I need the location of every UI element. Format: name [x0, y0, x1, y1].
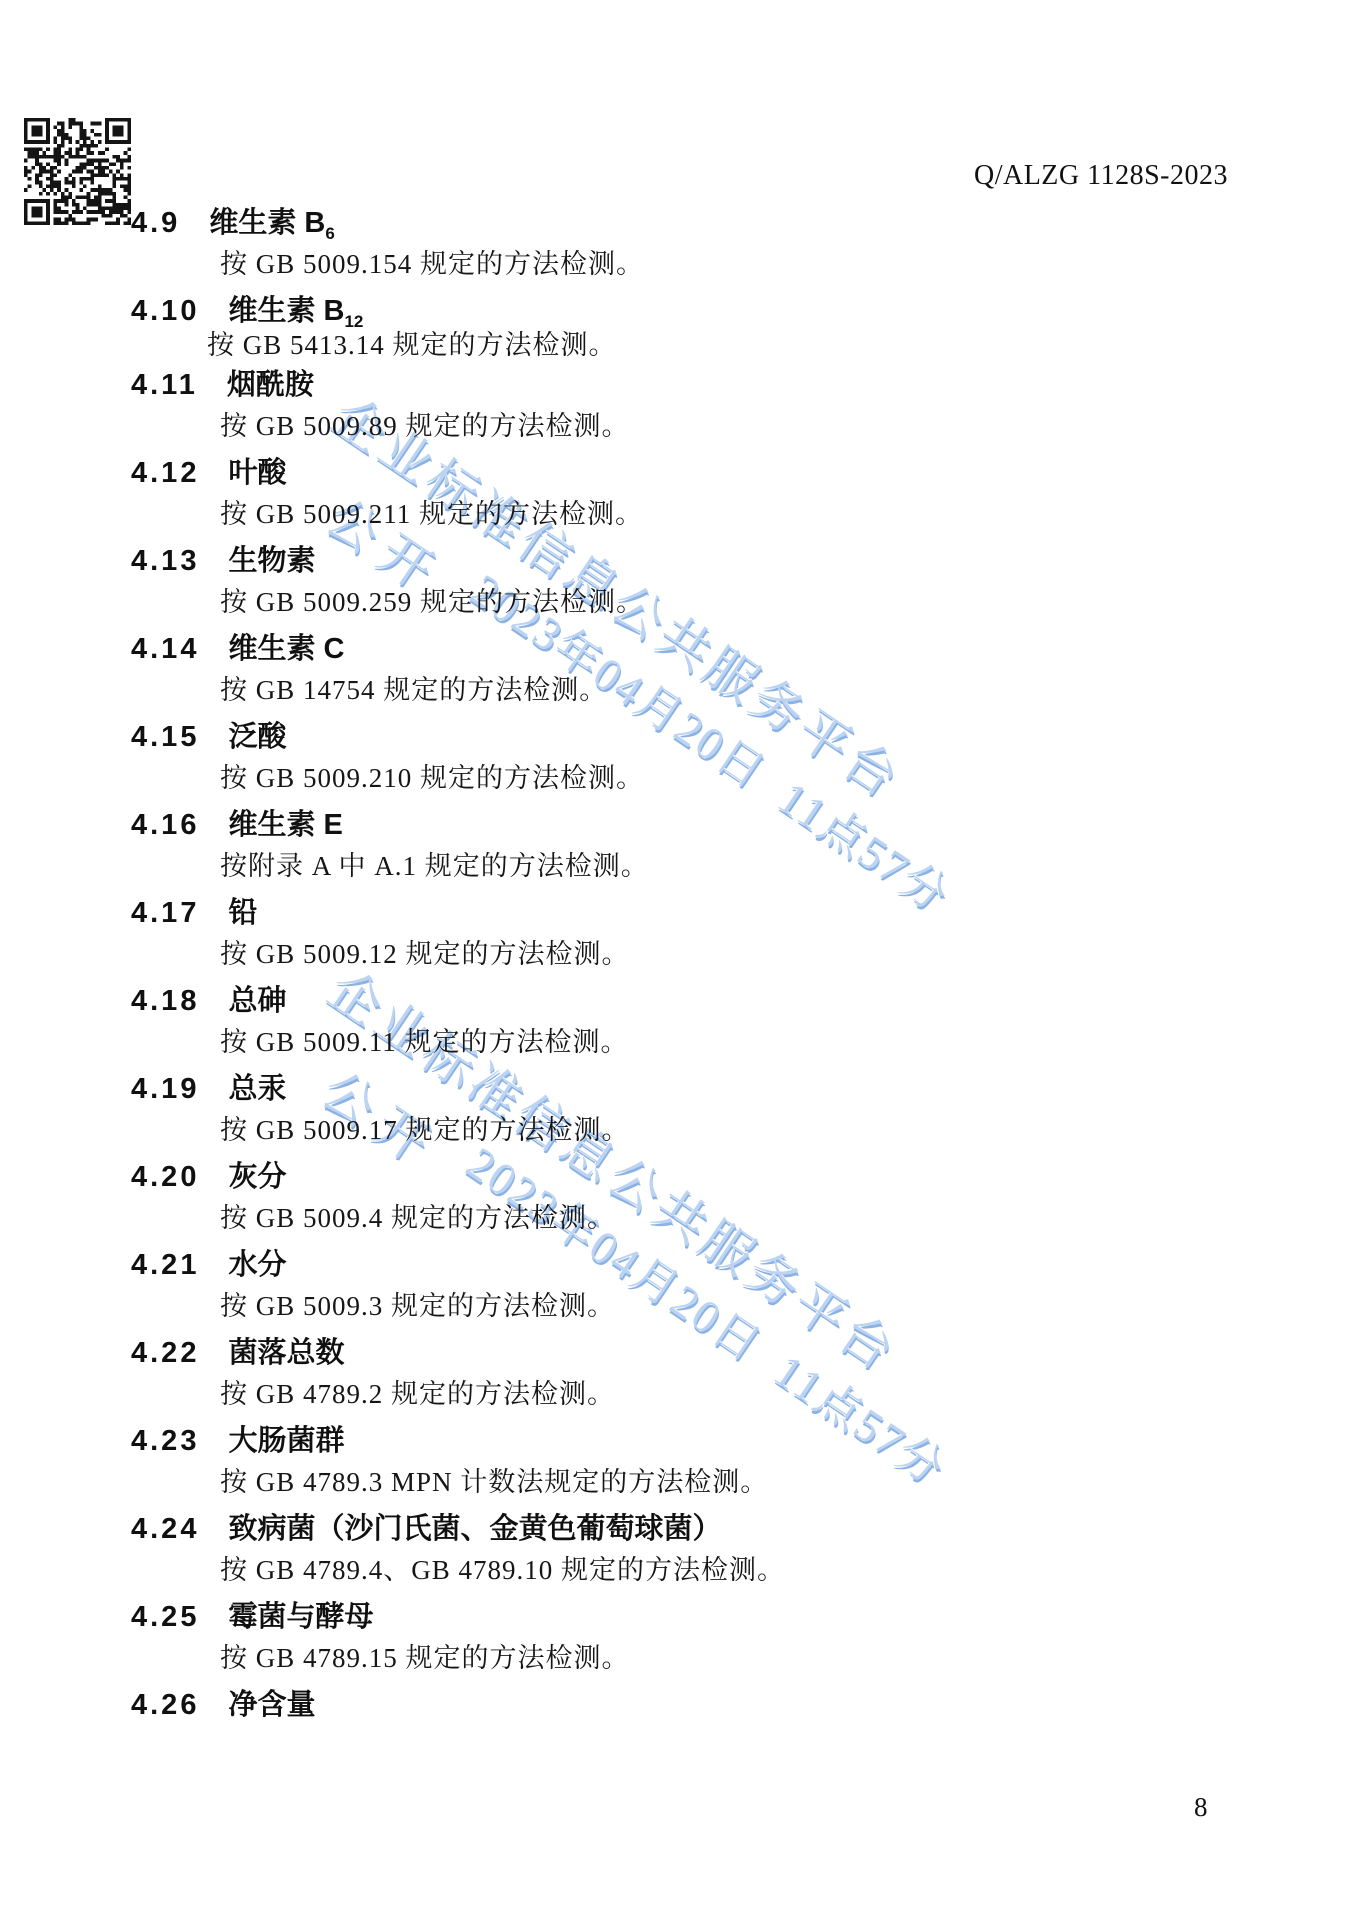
standard-section: 4.24致病菌（沙门氏菌、金黄色葡萄球菌） 按 GB 4789.4、GB 478…: [0, 1513, 1358, 1601]
section-number: 4.15: [131, 721, 199, 753]
section-heading: 4.21水分: [0, 1249, 1358, 1291]
section-title: 烟酰胺: [227, 369, 314, 401]
section-title: 致病菌（沙门氏菌、金黄色葡萄球菌）: [228, 1513, 721, 1545]
section-number: 4.10: [131, 295, 199, 327]
section-heading: 4.16维生素 E: [0, 809, 1358, 851]
qr-code-icon: [24, 118, 131, 225]
standard-section: 4.10维生素 B12 按 GB 5413.14 规定的方法检测。: [0, 295, 1358, 369]
section-title: 维生素 E: [228, 809, 342, 841]
standard-section: 4.23大肠菌群 按 GB 4789.3 MPN 计数法规定的方法检测。: [0, 1425, 1358, 1513]
sections: 4.9维生素 B6 按 GB 5009.154 规定的方法检测。 4.10维生素…: [0, 207, 1358, 1777]
section-body-text: 按 GB 4789.3 MPN 计数法规定的方法检测。: [0, 1467, 1358, 1497]
section-title: 铅: [228, 897, 257, 929]
section-title: 霉菌与酵母: [228, 1601, 373, 1633]
section-title: 生物素: [228, 545, 315, 577]
section-title: 维生素 B: [209, 207, 325, 239]
section-body-text: 按 GB 5009.210 规定的方法检测。: [0, 763, 1358, 793]
section-heading: 4.25霉菌与酵母: [0, 1601, 1358, 1643]
section-number: 4.17: [131, 897, 199, 929]
standard-section: 4.9维生素 B6 按 GB 5009.154 规定的方法检测。: [0, 207, 1358, 295]
section-number: 4.23: [131, 1425, 199, 1457]
standard-section: 4.25霉菌与酵母 按 GB 4789.15 规定的方法检测。: [0, 1601, 1358, 1689]
standard-section: 4.13生物素 按 GB 5009.259 规定的方法检测。: [0, 545, 1358, 633]
section-body-text: 按附录 A 中 A.1 规定的方法检测。: [0, 851, 1358, 881]
section-number: 4.13: [131, 545, 199, 577]
section-heading: 4.9维生素 B6: [0, 207, 1358, 249]
standard-section: 4.19总汞 按 GB 5009.17 规定的方法检测。: [0, 1073, 1358, 1161]
section-body-text: 按 GB 5009.211 规定的方法检测。: [0, 499, 1358, 529]
section-title: 总砷: [228, 985, 286, 1017]
section-number: 4.9: [131, 207, 180, 239]
page-number: 8: [1194, 1792, 1208, 1823]
standard-section: 4.16维生素 E 按附录 A 中 A.1 规定的方法检测。: [0, 809, 1358, 897]
section-body-text: 按 GB 5009.11 规定的方法检测。: [0, 1027, 1358, 1057]
section-title: 泛酸: [228, 721, 286, 753]
standard-section: 4.18总砷 按 GB 5009.11 规定的方法检测。: [0, 985, 1358, 1073]
standard-section: 4.15泛酸 按 GB 5009.210 规定的方法检测。: [0, 721, 1358, 809]
section-body-text: 按 GB 14754 规定的方法检测。: [0, 675, 1358, 705]
section-title: 菌落总数: [228, 1337, 344, 1369]
standard-section: 4.14维生素 C 按 GB 14754 规定的方法检测。: [0, 633, 1358, 721]
section-heading: 4.13生物素: [0, 545, 1358, 587]
standard-section: 4.17铅 按 GB 5009.12 规定的方法检测。: [0, 897, 1358, 985]
standard-section: 4.11烟酰胺 按 GB 5009.89 规定的方法检测。: [0, 369, 1358, 457]
section-number: 4.22: [131, 1337, 199, 1369]
section-body-text: 按 GB 5009.12 规定的方法检测。: [0, 939, 1358, 969]
section-title: 水分: [228, 1249, 286, 1281]
section-heading: 4.26净含量: [0, 1689, 1358, 1731]
section-title: 维生素 B: [228, 295, 344, 327]
section-heading: 4.22菌落总数: [0, 1337, 1358, 1379]
section-number: 4.24: [131, 1513, 199, 1545]
section-heading: 4.14维生素 C: [0, 633, 1358, 675]
section-title: 净含量: [228, 1689, 315, 1721]
document-code-header: Q/ALZG 1128S-2023: [974, 161, 1228, 191]
standard-section: 4.21水分 按 GB 5009.3 规定的方法检测。: [0, 1249, 1358, 1337]
section-body-text: 按 GB 5009.89 规定的方法检测。: [0, 411, 1358, 441]
section-title: 总汞: [228, 1073, 286, 1105]
section-body-text: 按 GB 5009.154 规定的方法检测。: [0, 249, 1358, 279]
section-number: 4.14: [131, 633, 199, 665]
section-body-text: 按 GB 4789.4、GB 4789.10 规定的方法检测。: [0, 1555, 1358, 1585]
section-body-text: 按 GB 5009.3 规定的方法检测。: [0, 1291, 1358, 1321]
section-heading: 4.24致病菌（沙门氏菌、金黄色葡萄球菌）: [0, 1513, 1358, 1555]
section-number: 4.11: [131, 369, 198, 401]
section-number: 4.20: [131, 1161, 199, 1193]
section-heading: 4.20灰分: [0, 1161, 1358, 1203]
section-number: 4.18: [131, 985, 199, 1017]
section-number: 4.21: [131, 1249, 199, 1281]
section-heading: 4.10维生素 B12: [0, 295, 1358, 330]
standard-section: 4.12叶酸 按 GB 5009.211 规定的方法检测。: [0, 457, 1358, 545]
section-number: 4.12: [131, 457, 199, 489]
section-heading: 4.11烟酰胺: [0, 369, 1358, 411]
section-body-text: 按 GB 5009.259 规定的方法检测。: [0, 587, 1358, 617]
section-title: 维生素 C: [228, 633, 344, 665]
section-body-text: 按 GB 4789.15 规定的方法检测。: [0, 1643, 1358, 1673]
standard-section: 4.26净含量: [0, 1689, 1358, 1777]
section-heading: 4.18总砷: [0, 985, 1358, 1027]
qr-code-image: [24, 118, 131, 225]
standard-section: 4.22菌落总数 按 GB 4789.2 规定的方法检测。: [0, 1337, 1358, 1425]
section-title-subscript: 6: [325, 224, 334, 243]
section-number: 4.19: [131, 1073, 199, 1105]
section-heading: 4.15泛酸: [0, 721, 1358, 763]
section-title: 大肠菌群: [228, 1425, 344, 1457]
section-title-subscript: 12: [344, 312, 363, 331]
standard-document-page: Q/ALZG 1128S-2023 企业标准信息公共服务平台 公开 2023年0…: [0, 0, 1358, 1920]
section-heading: 4.17铅: [0, 897, 1358, 939]
section-body-text: 按 GB 4789.2 规定的方法检测。: [0, 1379, 1358, 1409]
section-heading: 4.12叶酸: [0, 457, 1358, 499]
section-heading: 4.19总汞: [0, 1073, 1358, 1115]
section-body-text: 按 GB 5009.4 规定的方法检测。: [0, 1203, 1358, 1233]
section-title: 叶酸: [228, 457, 286, 489]
section-body-text: 按 GB 5009.17 规定的方法检测。: [0, 1115, 1358, 1145]
section-title: 灰分: [228, 1161, 286, 1193]
section-body-text: 按 GB 5413.14 规定的方法检测。: [0, 330, 1358, 360]
section-number: 4.25: [131, 1601, 199, 1633]
section-number: 4.26: [131, 1689, 199, 1721]
standard-section: 4.20灰分 按 GB 5009.4 规定的方法检测。: [0, 1161, 1358, 1249]
section-number: 4.16: [131, 809, 199, 841]
section-heading: 4.23大肠菌群: [0, 1425, 1358, 1467]
